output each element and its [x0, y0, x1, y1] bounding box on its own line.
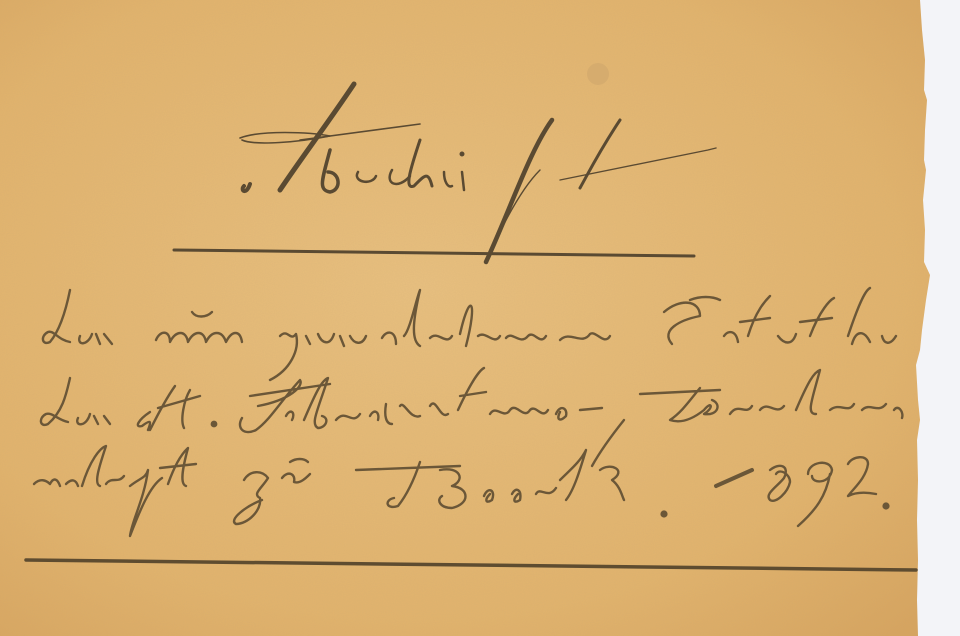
paper-sheet	[0, 0, 960, 636]
scan-background: Abschrift der erneuerten Statuten der St…	[0, 0, 960, 636]
